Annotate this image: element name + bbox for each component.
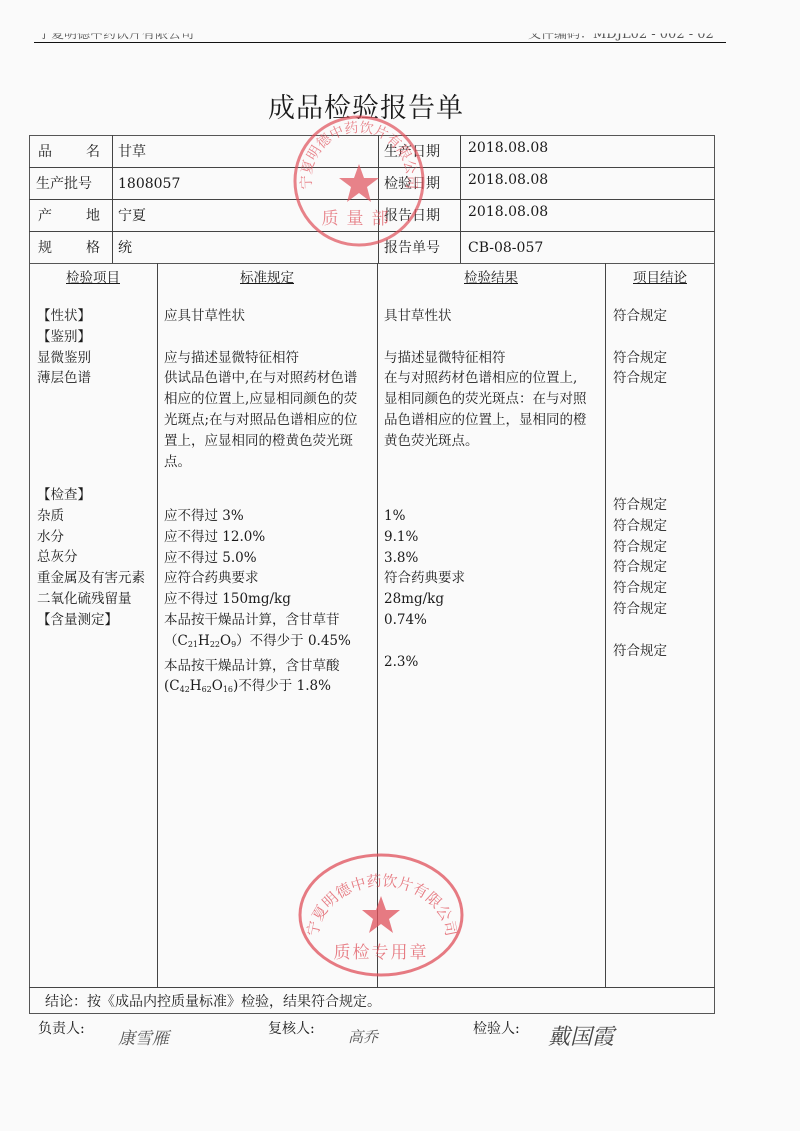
std-heavy-metals: 应符合药典要求	[164, 568, 351, 589]
divider	[29, 231, 715, 232]
column-header-result: 检验结果	[377, 266, 605, 286]
res-assay1: 0.74%	[384, 610, 465, 631]
std-assay1-l1: 本品按干燥品计算，含甘草苷	[164, 610, 351, 631]
column-header-standard: 标准规定	[157, 266, 377, 286]
res-tlc-4: 黄色荧光斑点。	[384, 431, 587, 452]
batch-label: 生产批号	[36, 174, 92, 194]
divider	[157, 263, 158, 987]
report-date-label: 报告日期	[384, 206, 440, 226]
std-microscopic: 应与描述显微特征相符	[164, 348, 358, 369]
std-assay1-l2: （C21H22O9）不得少于 0.45%	[164, 631, 351, 656]
std-tlc-5: 点。	[164, 452, 358, 473]
res-tlc-2: 显相同颜色的荧光斑点：在与对照	[384, 389, 587, 410]
con-tlc: 符合规定	[613, 368, 667, 389]
std-assay2-l1: 本品按干燥品计算，含甘草酸	[164, 656, 351, 677]
results-list: 具甘草性状 与描述显微特征相符 在与对照药材色谱相应的位置上, 显相同颜色的荧光…	[384, 306, 587, 452]
reviewer-signature: 高乔	[348, 1026, 378, 1047]
std-assay2-l2: (C42H62O16)不得少于 1.8%	[164, 676, 351, 701]
con-assay2: 符合规定	[613, 641, 667, 662]
item-impurity: 杂质	[37, 506, 145, 527]
divider	[460, 135, 461, 264]
responsible-signature: 康雪雁	[118, 1024, 169, 1049]
std-impurity: 应不得过 3%	[164, 506, 351, 527]
responsible-label: 负责人:	[38, 1018, 85, 1038]
standards-list: 应具甘草性状 应与描述显微特征相符 供试品色谱中,在与对照药材色谱 相应的位置上…	[164, 306, 358, 472]
item-heavy-metals: 重金属及有害元素	[37, 568, 145, 589]
item-check: 【检查】	[37, 485, 145, 506]
std-tlc-1: 供试品色谱中,在与对照药材色谱	[164, 368, 358, 389]
item-moisture: 水分	[37, 527, 145, 548]
res-microscopic: 与描述显微特征相符	[384, 348, 587, 369]
res-so2: 28mg/kg	[384, 589, 465, 610]
res-ash: 3.8%	[384, 548, 465, 569]
res-appearance: 具甘草性状	[384, 306, 587, 327]
res-tlc-3: 品色谱相应的位置上，显相同的橙	[384, 410, 587, 431]
item-assay: 【含量测定】	[37, 610, 145, 631]
con-heavy-metals: 符合规定	[613, 557, 667, 578]
item-list-2: 【检查】 杂质 水分 总灰分 重金属及有害元素 二氧化硫残留量 【含量测定】	[37, 485, 145, 631]
origin-value: 宁夏	[118, 206, 146, 226]
con-appearance: 符合规定	[613, 306, 667, 327]
res-moisture: 9.1%	[384, 527, 465, 548]
batch-value: 1808057	[118, 174, 180, 194]
std-tlc-2: 相应的位置上,应显相同颜色的荧	[164, 389, 358, 410]
column-header-conclusion: 项目结论	[605, 266, 715, 286]
divider	[29, 987, 715, 988]
std-appearance: 应具甘草性状	[164, 306, 358, 327]
product-name-value: 甘草	[118, 142, 146, 162]
std-moisture: 应不得过 12.0%	[164, 527, 351, 548]
divider	[29, 199, 715, 200]
divider	[377, 263, 378, 987]
std-ash: 应不得过 5.0%	[164, 548, 351, 569]
res-assay2: 2.3%	[384, 652, 465, 673]
inspect-date-label: 检验日期	[384, 174, 440, 194]
con-impurity: 符合规定	[613, 495, 667, 516]
con-moisture: 符合规定	[613, 516, 667, 537]
con-ash: 符合规定	[613, 537, 667, 558]
conclusions-list-2: 符合规定 符合规定 符合规定 符合规定 符合规定 符合规定 符合规定	[613, 495, 667, 661]
conclusions-list: 符合规定 符合规定 符合规定	[613, 306, 667, 389]
item-tlc: 薄层色谱	[37, 368, 91, 389]
divider	[378, 135, 379, 264]
item-ash: 总灰分	[37, 547, 145, 568]
origin-label: 产地	[38, 206, 100, 226]
std-tlc-3: 光斑点;在与对照品色谱相应的位	[164, 410, 358, 431]
spec-label: 规格	[38, 238, 100, 258]
item-list: 【性状】 【鉴别】 显微鉴别 薄层色谱	[37, 306, 91, 389]
report-no-label: 报告单号	[384, 238, 440, 258]
con-so2: 符合规定	[613, 578, 667, 599]
res-heavy-metals: 符合药典要求	[384, 568, 465, 589]
spec-value: 统	[118, 238, 132, 258]
document-code: 文件编码：MDJL02 - 002 - 02	[528, 23, 714, 42]
inspect-date-value: 2018.08.08	[468, 170, 548, 190]
res-tlc-1: 在与对照药材色谱相应的位置上,	[384, 368, 587, 389]
final-conclusion: 结论：按《成品内控质量标准》检验，结果符合规定。	[45, 991, 381, 1011]
con-assay1: 符合规定	[613, 599, 667, 620]
item-so2: 二氧化硫残留量	[37, 589, 145, 610]
item-appearance: 【性状】	[37, 306, 91, 327]
inspector-signature: 戴国霞	[548, 1020, 614, 1051]
column-header-item: 检验项目	[29, 266, 157, 286]
divider	[29, 167, 715, 168]
divider	[112, 135, 113, 264]
company-name-header: 宁夏明德中药饮片有限公司	[38, 23, 194, 42]
report-no-value: CB-08-057	[468, 238, 543, 258]
page-title: 成品检验报告单	[0, 86, 732, 125]
inspector-label: 检验人:	[473, 1018, 520, 1038]
prod-date-value: 2018.08.08	[468, 138, 548, 158]
product-name-label: 品名	[38, 142, 100, 162]
standards-list-2: 应不得过 3% 应不得过 12.0% 应不得过 5.0% 应符合药典要求 应不得…	[164, 506, 351, 701]
results-list-2: 1% 9.1% 3.8% 符合药典要求 28mg/kg 0.74% 2.3%	[384, 506, 465, 672]
std-so2: 应不得过 150mg/kg	[164, 589, 351, 610]
item-microscopic: 显微鉴别	[37, 348, 91, 369]
reviewer-label: 复核人:	[268, 1018, 315, 1038]
divider	[605, 263, 606, 987]
report-date-value: 2018.08.08	[468, 202, 548, 222]
header-rule	[34, 42, 726, 43]
std-tlc-4: 置上，应显相同的橙黄色荧光斑	[164, 431, 358, 452]
res-impurity: 1%	[384, 506, 465, 527]
prod-date-label: 生产日期	[384, 142, 440, 162]
item-identification: 【鉴别】	[37, 327, 91, 348]
con-microscopic: 符合规定	[613, 348, 667, 369]
